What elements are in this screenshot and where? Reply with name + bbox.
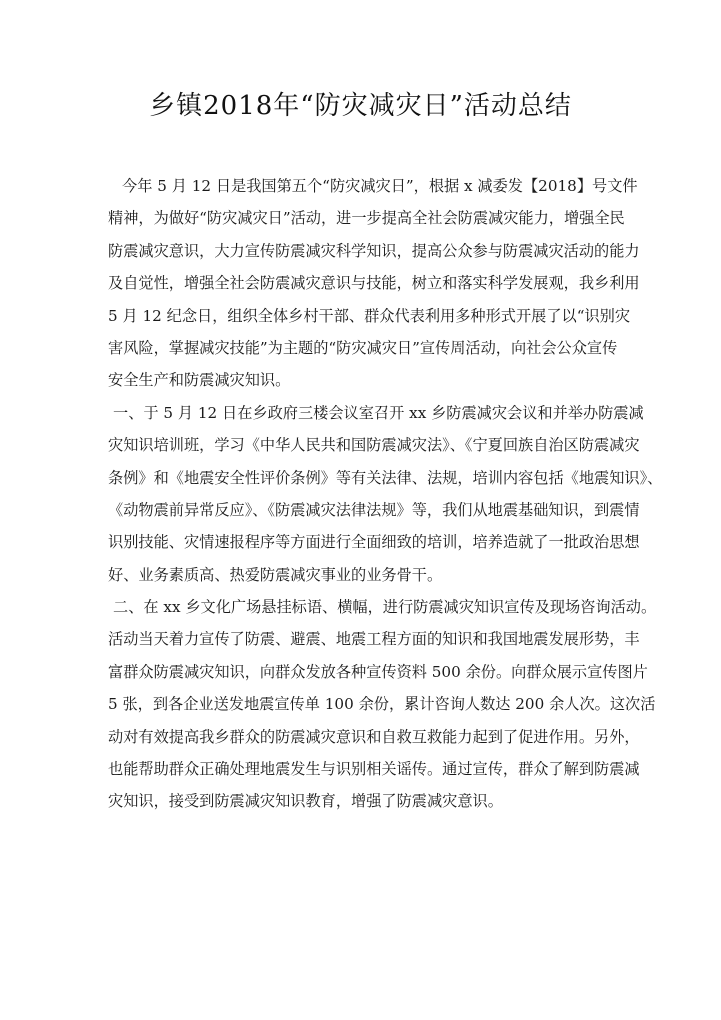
paragraph-line: 灾知识培训班，学习《中华人民共和国防震减灾法》、《宁夏回族自治区防震减灾	[108, 429, 616, 461]
paragraph-line: 5 张，到各企业送发地震宣传单 100 余份，累计咨询人数达 200 余人次。这…	[108, 688, 616, 720]
paragraph-line: 安全生产和防震减灾知识。	[108, 364, 616, 396]
paragraph-line: 灾知识，接受到防震减灾知识教育，增强了防震减灾意识。	[108, 785, 616, 817]
paragraph-line: 一、于 5 月 12 日在乡政府三楼会议室召开 xx 乡防震减灾会议和并举办防震…	[108, 397, 616, 429]
document-title: 乡镇2018年“防灾减灾日”活动总结	[0, 88, 721, 124]
document-body: 今年 5 月 12 日是我国第五个“防灾减灾日”，根据 x 减委发【2018】号…	[108, 170, 616, 818]
paragraph-line: 条例》和《地震安全性评价条例》等有关法律、法规，培训内容包括《地震知识》、	[108, 462, 616, 494]
paragraph-line: 活动当天着力宣传了防震、避震、地震工程方面的知识和我国地震发展形势，丰	[108, 623, 616, 655]
document-page: 乡镇2018年“防灾减灾日”活动总结 今年 5 月 12 日是我国第五个“防灾减…	[0, 0, 721, 1020]
paragraph-line: 好、业务素质高、热爱防震减灾事业的业务骨干。	[108, 559, 616, 591]
paragraph-line: 防震减灾意识，大力宣传防震减灾科学知识，提高公众参与防震减灾活动的能力	[108, 235, 616, 267]
paragraph-line: 及自觉性，增强全社会防震减灾意识与技能，树立和落实科学发展观，我乡利用	[108, 267, 616, 299]
paragraph-line: 精神，为做好“防灾减灾日”活动，进一步提高全社会防震减灾能力，增强全民	[108, 202, 616, 234]
paragraph-line: 动对有效提高我乡群众的防震减灾意识和自救互救能力起到了促进作用。另外，	[108, 721, 616, 753]
paragraph-line: 也能帮助群众正确处理地震发生与识别相关谣传。通过宣传，群众了解到防震减	[108, 753, 616, 785]
paragraph-line: 5 月 12 纪念日，组织全体乡村干部、群众代表利用多种形式开展了以“识别灾	[108, 300, 616, 332]
paragraph-line: 《动物震前异常反应》、《防震减灾法律法规》等，我们从地震基础知识，到震情	[108, 494, 616, 526]
paragraph-line: 富群众防震减灾知识，向群众发放各种宣传资料 500 余份。向群众展示宣传图片	[108, 656, 616, 688]
paragraph-line: 二、在 xx 乡文化广场悬挂标语、横幅，进行防震减灾知识宣传及现场咨询活动。	[108, 591, 616, 623]
paragraph-line: 今年 5 月 12 日是我国第五个“防灾减灾日”，根据 x 减委发【2018】号…	[108, 170, 616, 202]
paragraph-line: 害风险，掌握减灾技能”为主题的“防灾减灾日”宣传周活动，向社会公众宣传	[108, 332, 616, 364]
paragraph-line: 识别技能、灾情速报程序等方面进行全面细致的培训，培养造就了一批政治思想	[108, 526, 616, 558]
